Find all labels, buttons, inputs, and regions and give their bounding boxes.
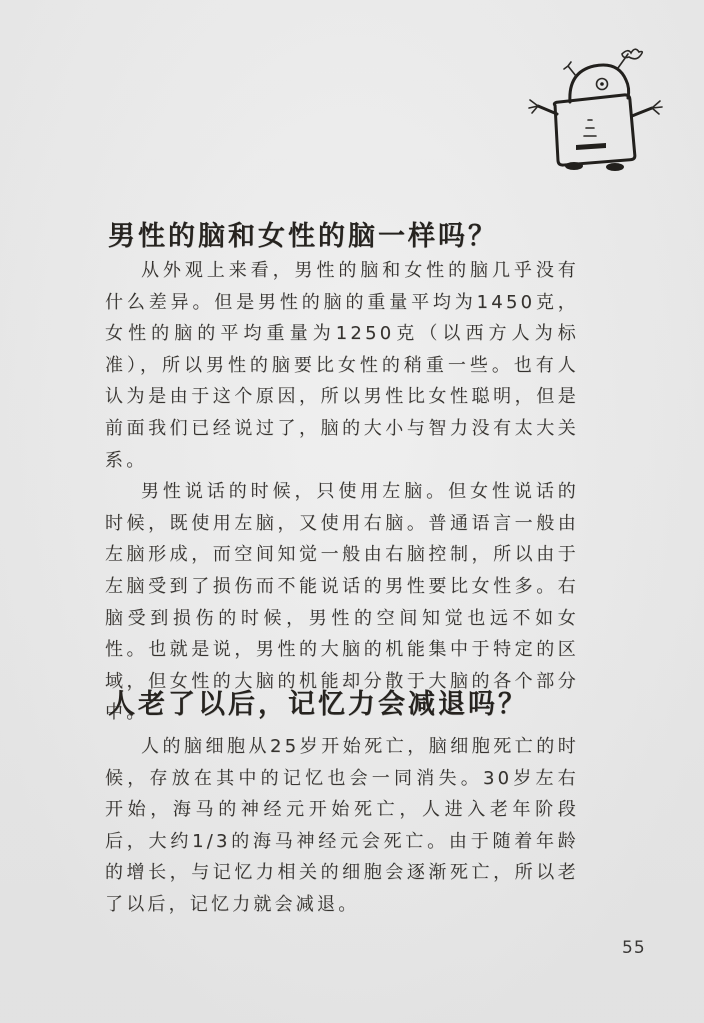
- section-body-male-female-brain: 从外观上来看，男性的脑和女性的脑几乎没有什么差异。但是男性的脑的重量平均为145…: [105, 255, 579, 729]
- paragraph: 从外观上来看，男性的脑和女性的脑几乎没有什么差异。但是男性的脑的重量平均为145…: [105, 255, 579, 476]
- page-number: 55: [622, 938, 646, 958]
- section-heading-male-female-brain: 男性的脑和女性的脑一样吗？: [108, 214, 588, 253]
- robot-doodle-icon: [518, 42, 668, 172]
- robot-doodle-svg: [518, 42, 668, 172]
- section-body-memory-aging: 人的脑细胞从25岁开始死亡，脑细胞死亡的时候，存放在其中的记忆也会一同消失。30…: [105, 731, 579, 921]
- paragraph: 人的脑细胞从25岁开始死亡，脑细胞死亡的时候，存放在其中的记忆也会一同消失。30…: [105, 731, 579, 921]
- section-heading-memory-aging: 人老了以后，记忆力会减退吗？: [108, 682, 588, 721]
